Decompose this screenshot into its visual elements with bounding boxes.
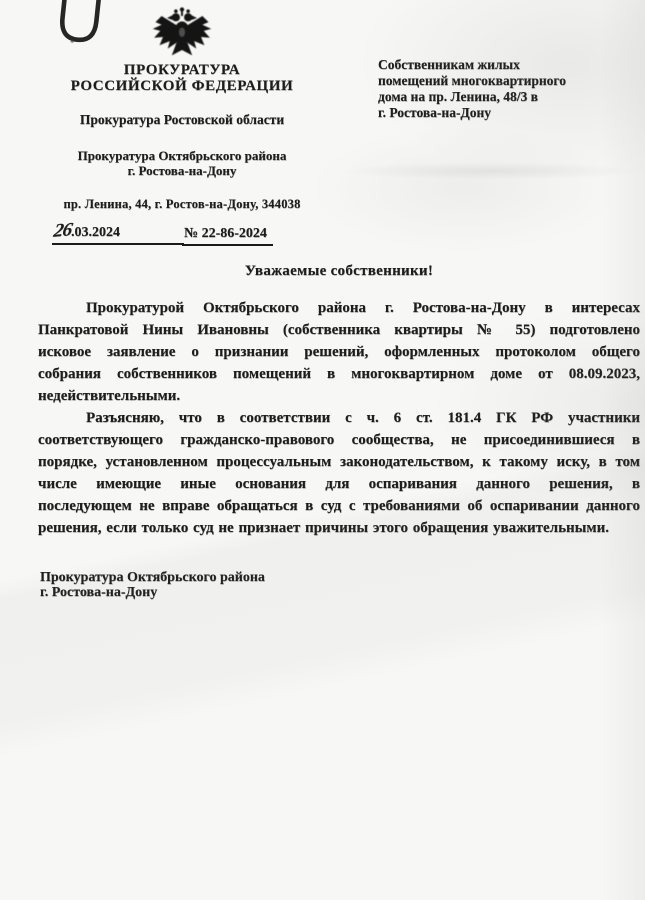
body-line: решения, если только суд не признает при… xyxy=(38,517,640,539)
coat-of-arms-eagle-icon xyxy=(148,6,216,64)
body-line: недействительными. xyxy=(38,385,640,407)
district-office: Прокуратура Октябрьского района г. Росто… xyxy=(36,148,328,178)
recipient-line2: помещений многоквартирного xyxy=(378,73,618,89)
printed-date: .03.2024 xyxy=(71,225,120,240)
body-line: Разъясняю, что в соответствии с ч. 6 ст.… xyxy=(38,407,640,429)
regional-office: Прокуратура Ростовской области xyxy=(36,112,328,128)
scanned-letter-page: ПРОКУРАТУРА РОССИЙСКОЙ ФЕДЕРАЦИИ Прокура… xyxy=(0,0,645,900)
body-line: исковое заявление о признании решений, о… xyxy=(38,341,640,363)
body-line: Прокуратурой Октябрьского района г. Рост… xyxy=(38,297,640,319)
handwritten-day: 26 xyxy=(53,223,73,238)
document-number: № 22-86-2024 xyxy=(182,226,273,246)
body-line: Панкратовой Нины Ивановны (собственника … xyxy=(38,319,640,341)
document-date: 26.03.2024 xyxy=(52,224,184,245)
recipient-line4: г. Ростова-на-Дону xyxy=(378,105,618,121)
letter-body: Прокуратурой Октябрьского района г. Рост… xyxy=(38,297,640,539)
paperclip-icon xyxy=(50,0,112,57)
body-line: собрания собственников помещений в много… xyxy=(38,363,640,385)
recipient-line1: Собственникам жилых xyxy=(378,57,618,73)
salutation: Уважаемые собственники! xyxy=(38,263,640,280)
signature-line1: Прокуратура Октябрьского района xyxy=(40,570,360,585)
office-address: пр. Ленина, 44, г. Ростов-на-Дону, 34403… xyxy=(36,197,328,212)
signature-block: Прокуратура Октябрьского района г. Росто… xyxy=(40,570,360,600)
district-office-line2: г. Ростова-на-Дону xyxy=(36,163,328,178)
org-title-line2: РОССИЙСКОЙ ФЕДЕРАЦИИ xyxy=(36,78,328,94)
org-title: ПРОКУРАТУРА РОССИЙСКОЙ ФЕДЕРАЦИИ xyxy=(36,62,328,94)
org-title-line1: ПРОКУРАТУРА xyxy=(36,62,328,78)
district-office-line1: Прокуратура Октябрьского района xyxy=(36,148,328,163)
body-line: порядке, установленном процессуальным за… xyxy=(38,451,640,473)
signature-line2: г. Ростова-на-Дону xyxy=(40,585,360,600)
recipient-block: Собственникам жилых помещений многокварт… xyxy=(378,57,618,121)
recipient-line3: дома на пр. Ленина, 48/3 в xyxy=(378,89,618,105)
body-line: числе имеющие иные основания для оспарив… xyxy=(38,473,640,495)
body-line: соответствующего гражданско-правового со… xyxy=(38,429,640,451)
body-line: последующем не вправе обращаться в суд с… xyxy=(38,495,640,517)
